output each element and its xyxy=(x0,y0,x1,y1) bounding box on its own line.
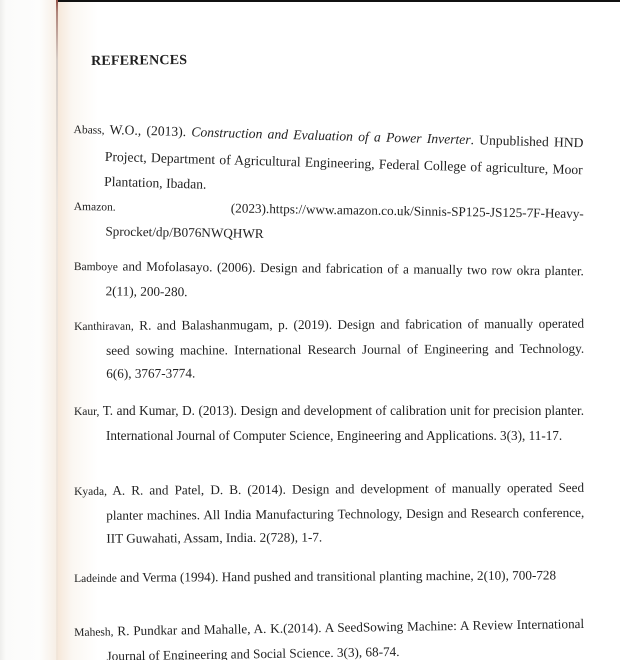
reference-text: R. Pundkar and Mahalle, A. K.(2014). A S… xyxy=(106,616,584,660)
reference-entry: Amazon. (2023).https://www.amazon.co.uk/… xyxy=(73,194,584,250)
reference-text: A. R. and Patel, D. B. (2014). Design an… xyxy=(106,480,584,546)
reference-lead: Kyada, xyxy=(74,486,107,498)
reference-lead: Kanthiravan, xyxy=(74,321,134,333)
reference-entry: Mahesh, R. Pundkar and Mahalle, A. K.(20… xyxy=(74,612,585,660)
reference-entry: Ladeinde and Verma (1994). Hand pushed a… xyxy=(74,561,584,593)
reference-text: T. and Kumar, D. (2013). Design and deve… xyxy=(99,403,584,443)
reference-text: (2023).https://www.amazon.co.uk/Sinnis-S… xyxy=(105,199,584,241)
reference-entry: Kaur, T. and Kumar, D. (2013). Design an… xyxy=(74,399,584,447)
reference-entry: Bamboye and Mofolasayo. (2006). Design a… xyxy=(73,254,583,307)
reference-text: and Mofolasayo. (2006). Design and fabri… xyxy=(106,258,584,299)
reference-lead: Kaur, xyxy=(74,406,99,418)
reference-entry: Kyada, A. R. and Patel, D. B. (2014). De… xyxy=(74,476,584,550)
reference-title: Construction and Evaluation of a Power I… xyxy=(191,124,471,147)
adjacent-page-margin xyxy=(0,0,58,660)
reference-lead: Bamboye xyxy=(74,261,118,273)
reference-lead: Abass, xyxy=(73,124,104,137)
reference-entry: Kanthiravan, R. and Balashanmugam, p. (2… xyxy=(74,312,584,385)
reference-lead: Amazon. xyxy=(74,201,116,214)
reference-text: W.O., (2013). xyxy=(104,122,191,139)
reference-lead: Ladeinde xyxy=(74,573,117,585)
document-page: REFERENCES Abass, W.O., (2013). Construc… xyxy=(58,2,620,660)
reference-text: R. and Balashanmugam, p. (2019). Design … xyxy=(106,316,584,381)
reference-lead: Mahesh, xyxy=(74,626,113,639)
reference-entry: Abass, W.O., (2013). Construction and Ev… xyxy=(72,116,584,207)
references-heading: REFERENCES xyxy=(91,53,187,70)
reference-text: and Verma (1994). Hand pushed and transi… xyxy=(117,567,556,584)
